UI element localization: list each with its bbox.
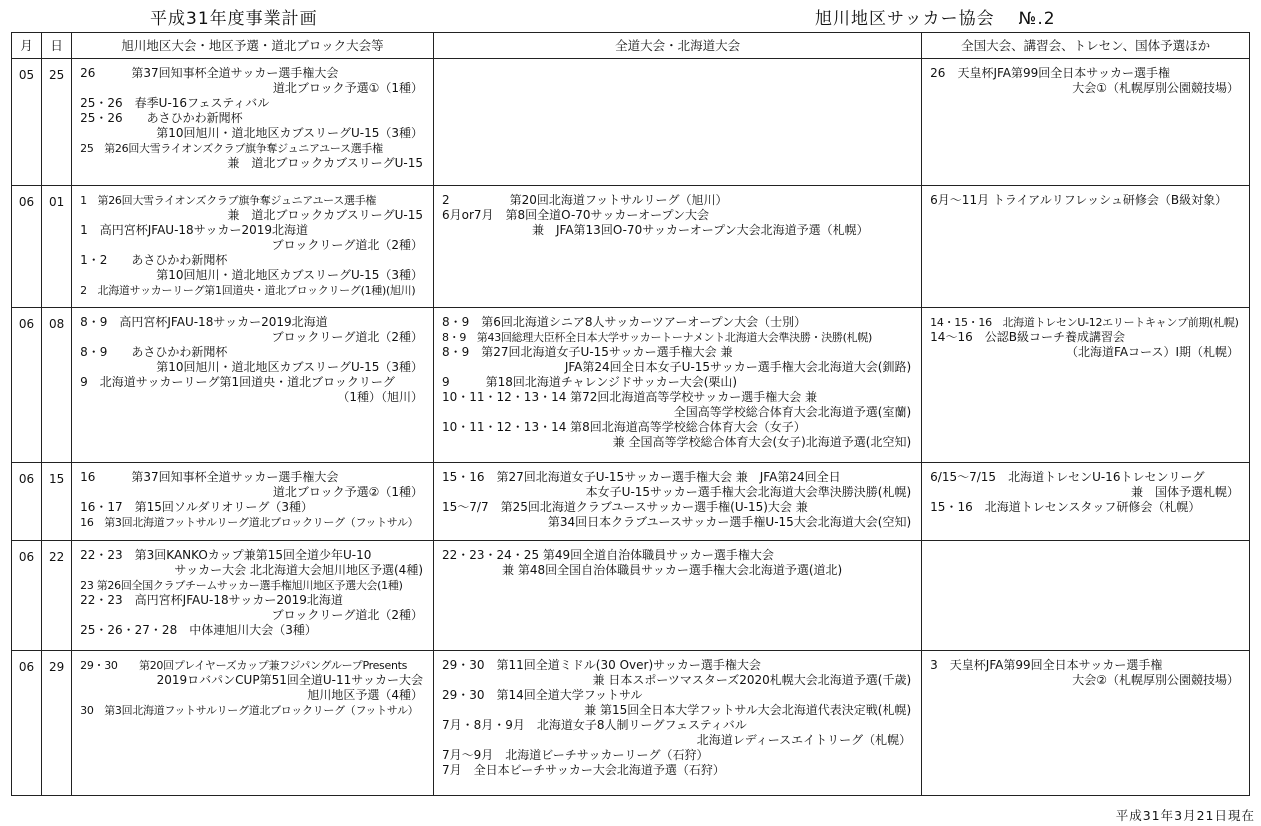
event-line: 第10回旭川・道北地区カブスリーグU-15（3種） — [80, 360, 423, 375]
local-events-cell: 22・23 第3回KANKOカップ兼第15回全道少年U-10サッカー大会 北北海… — [72, 541, 434, 651]
column-header-day: 日 — [42, 33, 72, 59]
event-line: 2019ロバパンCUP第51回全道U-11サッカー大会 — [80, 673, 423, 688]
national-events-cell: 14・15・16 北海道トレセンU-12エリートキャンプ前期(札幌)14～16 … — [922, 308, 1250, 463]
event-line: 2 北海道サッカーリーグ第1回道央・道北ブロックリーグ(1種)(旭川) — [80, 283, 423, 298]
event-line: 道北ブロック予選①（1種） — [80, 81, 423, 96]
event-line: 8・9 あさひかわ新聞杯 — [80, 345, 423, 360]
schedule-table: 月 日 旭川地区大会・地区予選・道北ブロック大会等 全道大会・北海道大会 全国大… — [11, 32, 1250, 796]
national-events-cell: 6/15～7/15 北海道トレセンU-16トレセンリーグ兼 国体予選札幌）15・… — [922, 463, 1250, 541]
hokkaido-events-cell: 29・30 第11回全道ミドル(30 Over)サッカー選手権大会兼 日本スポー… — [434, 651, 922, 796]
event-line: 8・9 第27回北海道女子U-15サッカー選手権大会 兼 — [442, 345, 911, 360]
event-line: 8・9 第6回北海道シニア8人サッカーツアーオープン大会（士別） — [442, 315, 911, 330]
event-line: JFA第24回全日本女子U-15サッカー選手権大会北海道大会(釧路) — [442, 360, 911, 375]
national-events-cell: 6月～11月 トライアルリフレッシュ研修会（B級対象） — [922, 186, 1250, 308]
national-events-cell: 26 天皇杯JFA第99回全日本サッカー選手権大会①（札幌厚別公園競技場） — [922, 59, 1250, 186]
table-row: 062929・30 第20回プレイヤーズカップ兼フジパングループPresents… — [12, 651, 1250, 796]
event-line: 25・26 あさひかわ新聞杯 — [80, 111, 423, 126]
event-line: 兼 JFA第13回O-70サッカーオープン大会北海道予選（札幌） — [442, 223, 911, 238]
event-line: 兼 第48回全国自治体職員サッカー選手権大会北海道予選(道北) — [442, 563, 911, 578]
month-cell: 06 — [12, 651, 42, 796]
event-line: 10・11・12・13・14 第8回北海道高等学校総合体育大会（女子） — [442, 420, 911, 435]
event-line: 26 第37回知事杯全道サッカー選手権大会 — [80, 66, 423, 81]
event-line: 7月 全日本ビーチサッカー大会北海道予選（石狩） — [442, 763, 911, 778]
event-line: 29・30 第14回全道大学フットサル — [442, 688, 911, 703]
event-line: 兼 国体予選札幌） — [930, 485, 1239, 500]
local-events-cell: 26 第37回知事杯全道サッカー選手権大会道北ブロック予選①（1種）25・26 … — [72, 59, 434, 186]
event-line: 1 第26回大雪ライオンズクラブ旗争奪ジュニアユース選手権 — [80, 193, 423, 208]
event-line: 7月・8月・9月 北海道女子8人制リーグフェスティバル — [442, 718, 911, 733]
local-events-cell: 8・9 高円宮杯JFAU-18サッカー2019北海道ブロックリーグ道北（2種）8… — [72, 308, 434, 463]
event-line: ブロックリーグ道北（2種） — [80, 608, 423, 623]
event-line: 15・16 第27回北海道女子U-15サッカー選手権大会 兼 JFA第24回全日 — [442, 470, 911, 485]
month-cell: 06 — [12, 463, 42, 541]
hokkaido-events-cell: 15・16 第27回北海道女子U-15サッカー選手権大会 兼 JFA第24回全日… — [434, 463, 922, 541]
event-line: 大会②（札幌厚別公園競技場） — [930, 673, 1239, 688]
hokkaido-events-cell — [434, 59, 922, 186]
event-line: 6/15～7/15 北海道トレセンU-16トレセンリーグ — [930, 470, 1239, 485]
event-line: 北海道レディースエイトリーグ（札幌） — [442, 733, 911, 748]
event-line: 兼 日本スポーツマスターズ2020札幌大会北海道予選(千歳) — [442, 673, 911, 688]
event-line: ブロックリーグ道北（2種） — [80, 238, 423, 253]
column-header-local: 旭川地区大会・地区予選・道北ブロック大会等 — [72, 33, 434, 59]
table-row: 06011 第26回大雪ライオンズクラブ旗争奪ジュニアユース選手権兼 道北ブロッ… — [12, 186, 1250, 308]
event-line: 1 高円宮杯JFAU-18サッカー2019北海道 — [80, 223, 423, 238]
event-line: 9 北海道サッカーリーグ第1回道央・道北ブロックリーグ — [80, 375, 423, 390]
event-line: 7月～9月 北海道ビーチサッカーリーグ（石狩） — [442, 748, 911, 763]
event-line: （1種）（旭川） — [80, 390, 423, 405]
event-line: 14・15・16 北海道トレセンU-12エリートキャンプ前期(札幌) — [930, 315, 1239, 330]
event-line: 9 第18回北海道チャレンジドサッカー大会(栗山) — [442, 375, 911, 390]
event-line: 10・11・12・13・14 第72回北海道高等学校サッカー選手権大会 兼 — [442, 390, 911, 405]
local-events-cell: 29・30 第20回プレイヤーズカップ兼フジパングループPresents2019… — [72, 651, 434, 796]
event-line: 6月or7月 第8回全道O-70サッカーオープン大会 — [442, 208, 911, 223]
event-line: 兼 道北ブロックカブスリーグU-15 — [80, 208, 423, 223]
table-row: 06088・9 高円宮杯JFAU-18サッカー2019北海道ブロックリーグ道北（… — [12, 308, 1250, 463]
event-line: 26 天皇杯JFA第99回全日本サッカー選手権 — [930, 66, 1239, 81]
national-events-cell — [922, 541, 1250, 651]
event-line: 16 第3回北海道フットサルリーグ道北ブロックリーグ（フットサル） — [80, 515, 423, 530]
event-line: 30 第3回北海道フットサルリーグ道北ブロックリーグ（フットサル） — [80, 703, 423, 718]
event-line: 第34回日本クラブユースサッカー選手権U-15大会北海道大会(空知) — [442, 515, 911, 530]
day-cell: 15 — [42, 463, 72, 541]
month-cell: 06 — [12, 541, 42, 651]
table-row: 052526 第37回知事杯全道サッカー選手権大会道北ブロック予選①（1種）25… — [12, 59, 1250, 186]
event-line: 大会①（札幌厚別公園競技場） — [930, 81, 1239, 96]
event-line: 本女子U-15サッカー選手権大会北海道大会準決勝決勝(札幌) — [442, 485, 911, 500]
event-line: 8・9 第43回総理大臣杯全日本大学サッカートーナメント北海道大会準決勝・決勝(… — [442, 330, 911, 345]
table-row: 062222・23 第3回KANKOカップ兼第15回全道少年U-10サッカー大会… — [12, 541, 1250, 651]
event-line: 29・30 第11回全道ミドル(30 Over)サッカー選手権大会 — [442, 658, 911, 673]
event-line: 旭川地区予選（4種） — [80, 688, 423, 703]
event-line: 16 第37回知事杯全道サッカー選手権大会 — [80, 470, 423, 485]
event-line: 全国高等学校総合体育大会北海道予選(室蘭) — [442, 405, 911, 420]
month-cell: 06 — [12, 308, 42, 463]
local-events-cell: 16 第37回知事杯全道サッカー選手権大会道北ブロック予選②（1種）16・17 … — [72, 463, 434, 541]
event-line: 兼 道北ブロックカブスリーグU-15 — [80, 156, 423, 171]
event-line: ブロックリーグ道北（2種） — [80, 330, 423, 345]
event-line: 22・23・24・25 第49回全道自治体職員サッカー選手権大会 — [442, 548, 911, 563]
day-cell: 01 — [42, 186, 72, 308]
event-line: サッカー大会 北北海道大会旭川地区予選(4種) — [80, 563, 423, 578]
event-line: 第10回旭川・道北地区カブスリーグU-15（3種） — [80, 268, 423, 283]
event-line: （北海道FAコース）Ⅰ期（札幌） — [930, 345, 1239, 360]
hokkaido-events-cell: 22・23・24・25 第49回全道自治体職員サッカー選手権大会兼 第48回全国… — [434, 541, 922, 651]
column-header-national: 全国大会、講習会、トレセン、国体予選ほか — [922, 33, 1250, 59]
event-line: 29・30 第20回プレイヤーズカップ兼フジパングループPresents — [80, 658, 423, 673]
column-header-hokkaido: 全道大会・北海道大会 — [434, 33, 922, 59]
national-events-cell: 3 天皇杯JFA第99回全日本サッカー選手権大会②（札幌厚別公園競技場） — [922, 651, 1250, 796]
event-line: 第10回旭川・道北地区カブスリーグU-15（3種） — [80, 126, 423, 141]
event-line: 25・26・27・28 中体連旭川大会（3種） — [80, 623, 423, 638]
column-header-month: 月 — [12, 33, 42, 59]
month-cell: 05 — [12, 59, 42, 186]
event-line: 2 第20回北海道フットサルリーグ（旭川） — [442, 193, 911, 208]
event-line: 3 天皇杯JFA第99回全日本サッカー選手権 — [930, 658, 1239, 673]
day-cell: 22 — [42, 541, 72, 651]
as-of-date: 平成31年3月21日現在 — [1116, 806, 1255, 824]
event-line: 25・26 春季U-16フェスティバル — [80, 96, 423, 111]
header-row: 月 日 旭川地区大会・地区予選・道北ブロック大会等 全道大会・北海道大会 全国大… — [12, 33, 1250, 59]
event-line: 兼 全国高等学校総合体育大会(女子)北海道予選(北空知) — [442, 435, 911, 450]
day-cell: 29 — [42, 651, 72, 796]
table-row: 061516 第37回知事杯全道サッカー選手権大会道北ブロック予選②（1種）16… — [12, 463, 1250, 541]
event-line: 15・16 北海道トレセンスタッフ研修会（札幌） — [930, 500, 1239, 515]
organization-name: 旭川地区サッカー協会 — [815, 9, 995, 29]
event-line: 23 第26回全国クラブチームサッカー選手権旭川地区予選大会(1種) — [80, 578, 423, 593]
event-line: 25 第26回大雪ライオンズクラブ旗争奪ジュニアユース選手権 — [80, 141, 423, 156]
day-cell: 25 — [42, 59, 72, 186]
hokkaido-events-cell: 2 第20回北海道フットサルリーグ（旭川）6月or7月 第8回全道O-70サッカ… — [434, 186, 922, 308]
event-line: 兼 第15回全日本大学フットサル大会北海道代表決定戦(札幌) — [442, 703, 911, 718]
organization-header: 旭川地区サッカー協会№.2 — [815, 4, 1056, 29]
hokkaido-events-cell: 8・9 第6回北海道シニア8人サッカーツアーオープン大会（士別）8・9 第43回… — [434, 308, 922, 463]
event-line: 22・23 第3回KANKOカップ兼第15回全道少年U-10 — [80, 548, 423, 563]
document-title: 平成31年度事業計画 — [150, 4, 318, 29]
event-line: 道北ブロック予選②（1種） — [80, 485, 423, 500]
page-number: №.2 — [1019, 9, 1056, 29]
day-cell: 08 — [42, 308, 72, 463]
event-line: 14～16 公認B級コーチ養成講習会 — [930, 330, 1239, 345]
month-cell: 06 — [12, 186, 42, 308]
event-line: 22・23 高円宮杯JFAU-18サッカー2019北海道 — [80, 593, 423, 608]
event-line: 1・2 あさひかわ新聞杯 — [80, 253, 423, 268]
local-events-cell: 1 第26回大雪ライオンズクラブ旗争奪ジュニアユース選手権兼 道北ブロックカブス… — [72, 186, 434, 308]
event-line: 15～7/7 第25回北海道クラブユースサッカー選手権(U-15)大会 兼 — [442, 500, 911, 515]
event-line: 16・17 第15回ソルダリオリーグ（3種） — [80, 500, 423, 515]
event-line: 8・9 高円宮杯JFAU-18サッカー2019北海道 — [80, 315, 423, 330]
event-line: 6月～11月 トライアルリフレッシュ研修会（B級対象） — [930, 193, 1239, 208]
